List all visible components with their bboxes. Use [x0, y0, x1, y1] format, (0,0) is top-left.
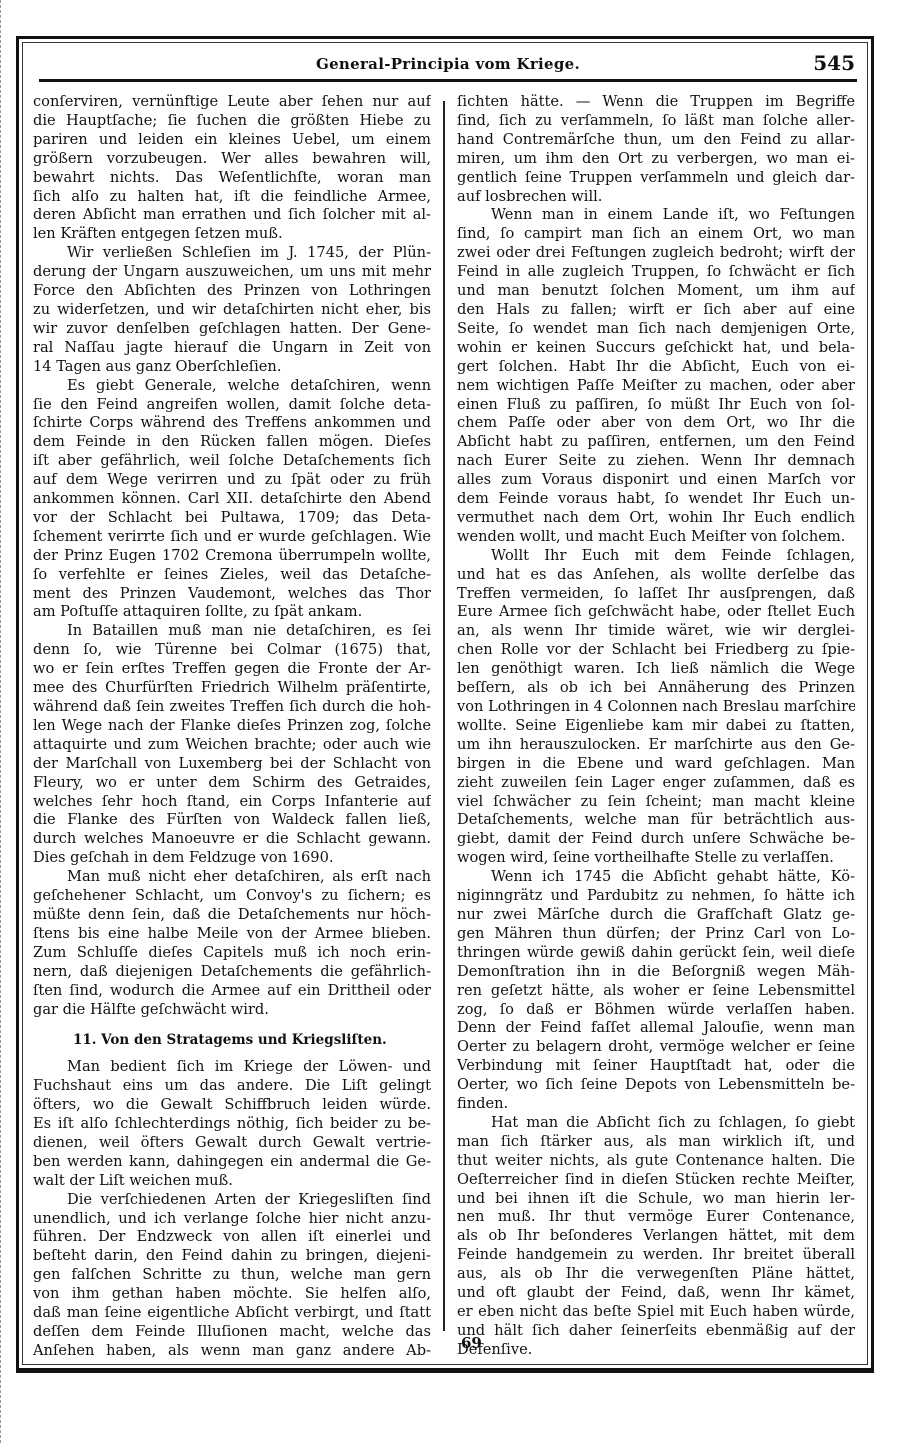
text-line: miren, um ihm den Ort zu verbergen, wo m… [457, 150, 855, 169]
text-line: vermuthet nach dem Ort, wohin Ihr Euch e… [457, 509, 855, 528]
text-line: nem wichtigen Paſſe Meiſter zu machen, o… [457, 377, 855, 396]
text-line: 14 Tagen aus ganz Oberſchleſien. [33, 358, 431, 377]
text-line: Detaſchements, welche man für beträchtli… [457, 811, 855, 830]
text-line: conſerviren, vernünftige Leute aber ſehe… [33, 93, 431, 112]
text-line: Treffen vermeiden, ſo laſſet Ihr ausſpre… [457, 585, 855, 604]
text-line: von ihm gethan haben möchte. Sie helfen … [33, 1285, 431, 1304]
text-line: Anſehen haben, als wenn man ganz andere … [33, 1342, 431, 1361]
text-line: nen muß. Ihr thut vermöge Eurer Contenan… [457, 1208, 855, 1227]
text-line: Wir verließen Schleſien im J. 1745, der … [33, 244, 431, 263]
text-line: Verbindung mit ſeiner Hauptſtadt hat, od… [457, 1057, 855, 1076]
section-heading: 11. Von den Stratagems und Kriegsliſten. [33, 1031, 431, 1050]
text-line: vor der Schlacht bei Pultawa, 1709; das … [33, 509, 431, 528]
text-line: len Wege nach der Flanke dieſes Prinzen … [33, 717, 431, 736]
signature-mark: 69 [461, 1334, 482, 1352]
text-line: und man benutzt ſolchen Moment, um ihm a… [457, 282, 855, 301]
text-line: deren Abſicht man errathen und ſich ſolc… [33, 206, 431, 225]
text-line: Oerter, wo ſich ſeine Depots von Lebensm… [457, 1076, 855, 1095]
text-line: müßte denn ſein, daß die Detaſchements n… [33, 906, 431, 925]
text-line: zieht zuweilen ſein Lager enger zuſammen… [457, 774, 855, 793]
text-line: die Flanke des Fürſten von Waldeck falle… [33, 811, 431, 830]
text-line: zwei oder drei Feſtungen zugleich bedroh… [457, 244, 855, 263]
text-line: birgen in die Ebene und ward geſchlagen.… [457, 755, 855, 774]
text-line: und oft glaubt der Feind, daß, wenn Ihr … [457, 1284, 855, 1303]
text-line: Dies geſchah in dem Feldzuge von 1690. [33, 849, 431, 868]
text-line: hand Contremärſche thun, um den Feind zu… [457, 131, 855, 150]
text-line: an, als wenn Ihr timide wäret, wie wir d… [457, 622, 855, 641]
text-line: chem Paſſe oder aber von dem Ort, wo Ihr… [457, 414, 855, 433]
text-line: ben werden kann, dahingegen ein andermal… [33, 1153, 431, 1172]
right-column: ſichten hätte. — Wenn die Truppen im Beg… [457, 93, 855, 1348]
text-line: nach Eurer Seite zu ziehen. Wenn Ihr dem… [457, 452, 855, 471]
text-line: führen. Der Endzweck von allen iſt einer… [33, 1228, 431, 1247]
text-line: finden. [457, 1095, 855, 1114]
text-line: gen falſchen Schritte zu thun, welche ma… [33, 1266, 431, 1285]
page-number: 545 [813, 51, 855, 75]
text-line: auf losbrechen will. [457, 188, 855, 207]
text-line: ſtens bis eine halbe Meile von der Armee… [33, 925, 431, 944]
text-line: gen Mähren thun dürfen; der Prinz Carl v… [457, 925, 855, 944]
text-line: öfters, wo die Gewalt Schiffbruch leiden… [33, 1096, 431, 1115]
text-line: Zum Schluſſe dieſes Capitels muß ich noc… [33, 944, 431, 963]
text-line: niginngrätz und Pardubitz zu nehmen, ſo … [457, 887, 855, 906]
text-line: Seite, ſo wendet man ſich nach demjenige… [457, 320, 855, 339]
text-line: gert ſolchen. Habt Ihr die Abſicht, Euch… [457, 358, 855, 377]
text-line: Man bedient ſich im Kriege der Löwen- un… [33, 1058, 431, 1077]
text-line: thringen würde gewiß dahin gerückt ſein,… [457, 944, 855, 963]
text-line: ral Naſſau jagte hierauf die Ungarn in Z… [33, 339, 431, 358]
text-line: und hat es das Anſehen, als wollte derſe… [457, 566, 855, 585]
text-line: Oerter zu belagern droht, vermöge welche… [457, 1038, 855, 1057]
text-line: ſo verfehlte er ſeines Zieles, weil das … [33, 566, 431, 585]
text-line: Die verſchiedenen Arten der Kriegesliſte… [33, 1191, 431, 1210]
text-line: Hat man die Abſicht ſich zu ſchlagen, ſo… [457, 1114, 855, 1133]
running-head: General-Principia vom Kriege. 545 [39, 49, 857, 82]
text-line: len Kräften entgegen ſetzen muß. [33, 225, 431, 244]
text-line: wir zuvor denſelben geſchlagen hatten. D… [33, 320, 431, 339]
text-line: Oeſterreicher ſind in dieſen Stücken rec… [457, 1171, 855, 1190]
text-columns: conſerviren, vernünftige Leute aber ſehe… [33, 93, 857, 1348]
text-line: um ihn herauszulocken. Er marſchirte aus… [457, 736, 855, 755]
left-column: conſerviren, vernünftige Leute aber ſehe… [33, 93, 431, 1348]
text-line: mee des Churfürſten Friedrich Wilhelm pr… [33, 679, 431, 698]
text-line: attaquirte und zum Weichen brachte; oder… [33, 736, 431, 755]
text-line: durch welches Manoeuvre er die Schlacht … [33, 830, 431, 849]
text-line: ment des Prinzen Vaudemont, welches das … [33, 585, 431, 604]
text-line: am Poſtuſſe attaquiren ſollte, zu ſpät a… [33, 603, 431, 622]
text-line: wohin er keinen Succurs geſchickt hat, u… [457, 339, 855, 358]
text-line: alles zum Voraus disponirt und einen Mar… [457, 471, 855, 490]
text-line: Es iſt alſo ſchlechterdings nöthig, ſich… [33, 1115, 431, 1134]
text-line: wogen wird, ſeine vortheilhafte Stelle z… [457, 849, 855, 868]
text-line: die Hauptſache; ſie ſuchen die größten H… [33, 112, 431, 131]
text-line: dienen, weil öfters Gewalt durch Gewalt … [33, 1134, 431, 1153]
text-line: Eure Armee ſich geſchwächt habe, oder ſt… [457, 603, 855, 622]
text-line: einen Fluß zu paſſiren, ſo müßt Ihr Euch… [457, 396, 855, 415]
text-line: daß man ſeine eigentliche Abſicht verbir… [33, 1304, 431, 1323]
text-line: Abſicht habt zu paſſiren, entfernen, um … [457, 433, 855, 452]
text-line: iſt aber gefährlich, weil ſolche Detaſch… [33, 452, 431, 471]
text-line: Es giebt Generale, welche detaſchiren, w… [33, 377, 431, 396]
right-column-paragraphs: ſichten hätte. — Wenn die Truppen im Beg… [457, 93, 855, 1360]
text-line: ſichten hätte. — Wenn die Truppen im Beg… [457, 93, 855, 112]
text-line: nur zwei Märſche durch die Grafſchaft Gl… [457, 906, 855, 925]
scan-edge-artifact [0, 0, 5, 1443]
text-line: geſchehener Schlacht, um Convoy's zu ſic… [33, 887, 431, 906]
text-line: der Marſchall von Luxemberg bei der Schl… [33, 755, 431, 774]
text-line: thut weiter nichts, als gute Contenance … [457, 1152, 855, 1171]
text-line: derung der Ungarn auszuweichen, um uns m… [33, 263, 431, 282]
text-line: Force den Abſichten des Prinzen von Loth… [33, 282, 431, 301]
text-line: walt der Liſt weichen muß. [33, 1172, 431, 1191]
text-line: Wenn man in einem Lande iſt, wo Feſtunge… [457, 206, 855, 225]
text-line: nern, daß diejenigen Detaſchements die g… [33, 963, 431, 982]
text-line: ſind, ſo campirt man ſich an einem Ort, … [457, 225, 855, 244]
text-line: Wenn ich 1745 die Abſicht gehabt hätte, … [457, 868, 855, 887]
text-line: denn ſo, wie Türenne bei Colmar (1675) t… [33, 641, 431, 660]
text-line: Defenſive. [457, 1341, 855, 1360]
text-line: dem Feinde voraus habt, ſo wendet Ihr Eu… [457, 490, 855, 509]
text-line: Fleury, wo er unter dem Schirm des Getra… [33, 774, 431, 793]
text-line: ankommen können. Carl XII. detaſchirte d… [33, 490, 431, 509]
page-frame: General-Principia vom Kriege. 545 conſer… [16, 36, 874, 1373]
left-column-paragraphs: conſerviren, vernünftige Leute aber ſehe… [33, 93, 431, 1019]
text-line: In Bataillen muß man nie detaſchiren, es… [33, 622, 431, 641]
text-line: Feind in alle zugleich Truppen, ſo ſchwä… [457, 263, 855, 282]
text-line: ſchement verirrte ſich und er wurde geſc… [33, 528, 431, 547]
text-line: welches ſehr hoch ſtand, ein Corps Infan… [33, 793, 431, 812]
text-line: Denn der Feind faſſet allemal Jalouſie, … [457, 1019, 855, 1038]
text-line: gar die Hälfte geſchwächt wird. [33, 1001, 431, 1020]
text-line: und hält ſich daher ſeinerſeits ebenmäßi… [457, 1322, 855, 1341]
text-line: zu widerſetzen, und wir detaſchirten nic… [33, 301, 431, 320]
text-line: Fuchshaut eins um das andere. Die Liſt g… [33, 1077, 431, 1096]
text-line: ren geſetzt hätte, als woher er ſeine Le… [457, 982, 855, 1001]
text-line: während daß ſein zweites Treffen ſich du… [33, 698, 431, 717]
text-line: deſſen dem Feinde Illuſionen macht, welc… [33, 1323, 431, 1342]
text-line: den Hals zu fallen; wirft er ſich aber a… [457, 301, 855, 320]
text-line: beſteht darin, den Feind dahin zu bringe… [33, 1247, 431, 1266]
text-line: ſchirte Corps während des Treffens ankom… [33, 414, 431, 433]
text-line: auf dem Wege verirren und zu ſpät oder z… [33, 471, 431, 490]
text-line: Feinde handgemein zu werden. Ihr breitet… [457, 1246, 855, 1265]
left-column-section-paragraphs: Man bedient ſich im Kriege der Löwen- un… [33, 1058, 431, 1361]
text-line: ſich alſo zu halten hat, iſt die feindli… [33, 188, 431, 207]
text-line: wo er ſein erſtes Treffen gegen die Fron… [33, 660, 431, 679]
text-line: man ſich ſtärker aus, als man wirklich i… [457, 1133, 855, 1152]
text-line: gentlich ſeine Truppen verſammeln und gl… [457, 169, 855, 188]
text-line: er eben nicht das beſte Spiel mit Euch h… [457, 1303, 855, 1322]
text-line: als ob Ihr beſonderes Verlangen hättet, … [457, 1227, 855, 1246]
text-line: bewahrt nichts. Das Weſentlichſte, woran… [33, 169, 431, 188]
text-line: giebt, damit der Feind durch unſere Schw… [457, 830, 855, 849]
text-line: und bei ihnen iſt die Schule, wo man hie… [457, 1190, 855, 1209]
text-line: aus, als ob Ihr die verwegenſten Pläne h… [457, 1265, 855, 1284]
text-line: beſſern, als ob ich bei Annäherung des P… [457, 679, 855, 698]
text-line: viel ſchwächer zu ſein ſcheint; man mach… [457, 793, 855, 812]
text-line: ſie den Feind angreifen wollen, damit ſo… [33, 396, 431, 415]
text-line: der Prinz Eugen 1702 Cremona überrumpeln… [33, 547, 431, 566]
column-divider [443, 101, 445, 1331]
text-line: pariren und leiden ein kleines Uebel, um… [33, 131, 431, 150]
text-line: größern vorzubeugen. Wer alles bewahren … [33, 150, 431, 169]
text-line: dem Feinde in den Rücken fallen mögen. D… [33, 433, 431, 452]
text-line: zog, ſo daß er Böhmen würde verlaſſen ha… [457, 1001, 855, 1020]
text-line: von Lothringen in 4 Colonnen nach Bresla… [457, 698, 855, 717]
text-line: wollte. Seine Eigenliebe kam mir dabei z… [457, 717, 855, 736]
text-line: unendlich, und ich verlange ſolche hier … [33, 1210, 431, 1229]
text-line: wenden wollt, und macht Euch Meiſter von… [457, 528, 855, 547]
text-line: Demonſtration ihn in die Beſorgniß wegen… [457, 963, 855, 982]
text-line: chen Rolle vor der Schlacht bei Friedber… [457, 641, 855, 660]
text-line: Wollt Ihr Euch mit dem Feinde ſchlagen, [457, 547, 855, 566]
running-title: General-Principia vom Kriege. [39, 55, 857, 73]
text-line: ſten ſind, wodurch die Armee auf ein Dri… [33, 982, 431, 1001]
text-line: len genöthigt waren. Ich ließ nämlich di… [457, 660, 855, 679]
text-line: Man muß nicht eher detaſchiren, als erſt… [33, 868, 431, 887]
text-line: ſind, ſich zu verſammeln, ſo läßt man ſo… [457, 112, 855, 131]
